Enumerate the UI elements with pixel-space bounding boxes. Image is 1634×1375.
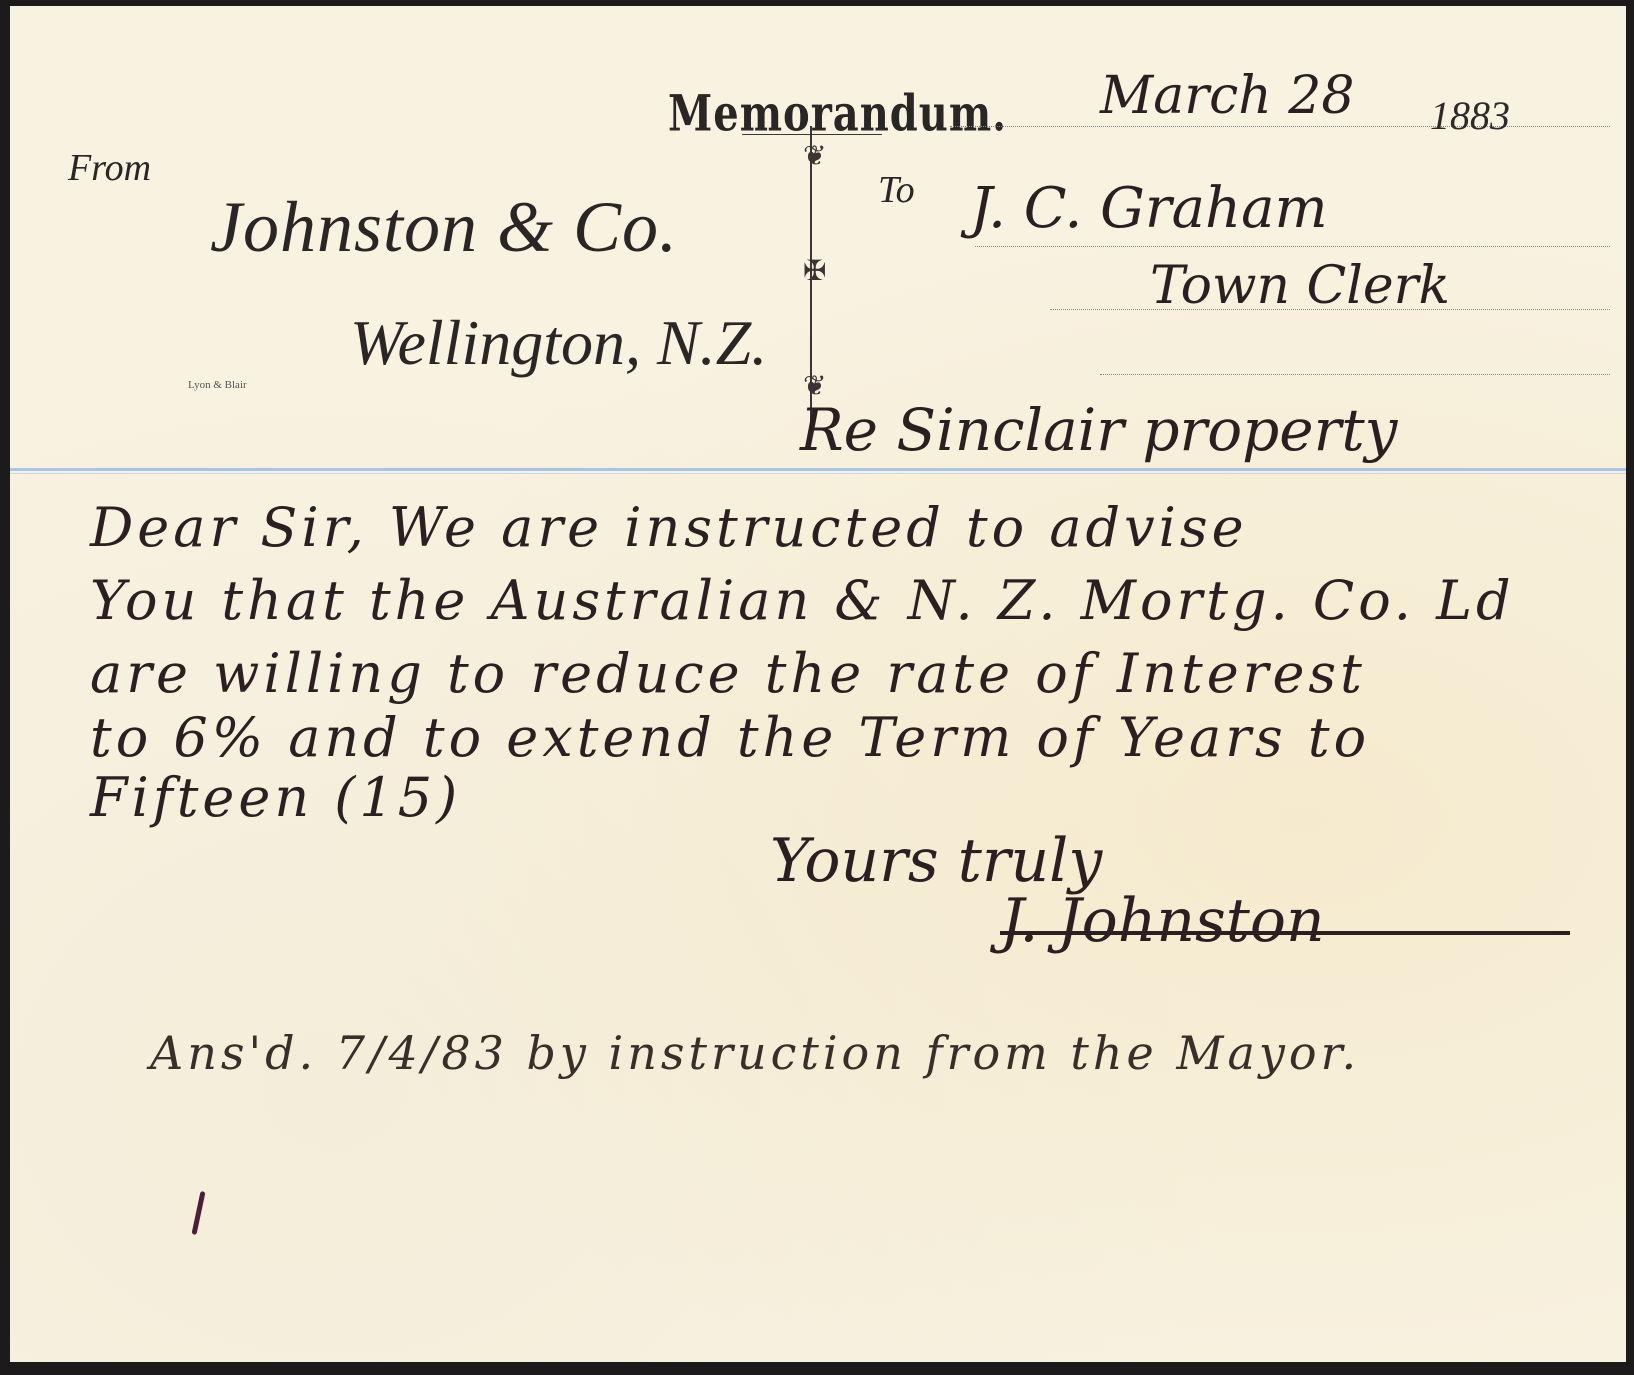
fleuron-icon: ✠ bbox=[803, 251, 819, 291]
from-label: From bbox=[68, 146, 151, 190]
body-line: You that the Australian & N. Z. Mortg. C… bbox=[90, 569, 1515, 632]
address-guide-line bbox=[975, 246, 1610, 247]
date-guide-line bbox=[950, 126, 1610, 127]
to-label: To bbox=[878, 168, 915, 212]
firm-city: Wellington, N.Z. bbox=[350, 306, 767, 380]
blue-ruled-line bbox=[10, 468, 1626, 471]
signature: J. Johnston bbox=[1000, 886, 1325, 956]
title-ornament-rule bbox=[742, 134, 882, 135]
body-line: to 6% and to extend the Term of Years to bbox=[90, 706, 1370, 769]
body-line: Dear Sir, We are instructed to advise bbox=[90, 496, 1248, 559]
recipient-name: J. C. Graham bbox=[970, 176, 1328, 241]
firm-name: Johnston & Co. bbox=[210, 186, 678, 269]
fleuron-icon: ❦ bbox=[803, 136, 819, 176]
subject-line: Re Sinclair property bbox=[800, 396, 1397, 464]
signature-flourish bbox=[1000, 931, 1570, 935]
body-line: Fifteen (15) bbox=[90, 766, 461, 829]
ink-mark bbox=[191, 1191, 205, 1235]
address-guide-line bbox=[1100, 374, 1610, 375]
blue-ruled-line bbox=[10, 473, 1626, 474]
memorandum-sheet: From Johnston & Co. Wellington, N.Z. Lyo… bbox=[10, 6, 1626, 1362]
engraver-credit: Lyon & Blair bbox=[188, 379, 247, 391]
recipient-title: Town Clerk bbox=[1150, 256, 1450, 316]
body-line: are willing to reduce the rate of Intere… bbox=[90, 642, 1366, 705]
handwritten-year: 1883 bbox=[1430, 92, 1510, 139]
answered-annotation: Ans'd. 7/4/83 by instruction from the Ma… bbox=[150, 1026, 1360, 1080]
handwritten-date: March 28 bbox=[1100, 66, 1354, 126]
